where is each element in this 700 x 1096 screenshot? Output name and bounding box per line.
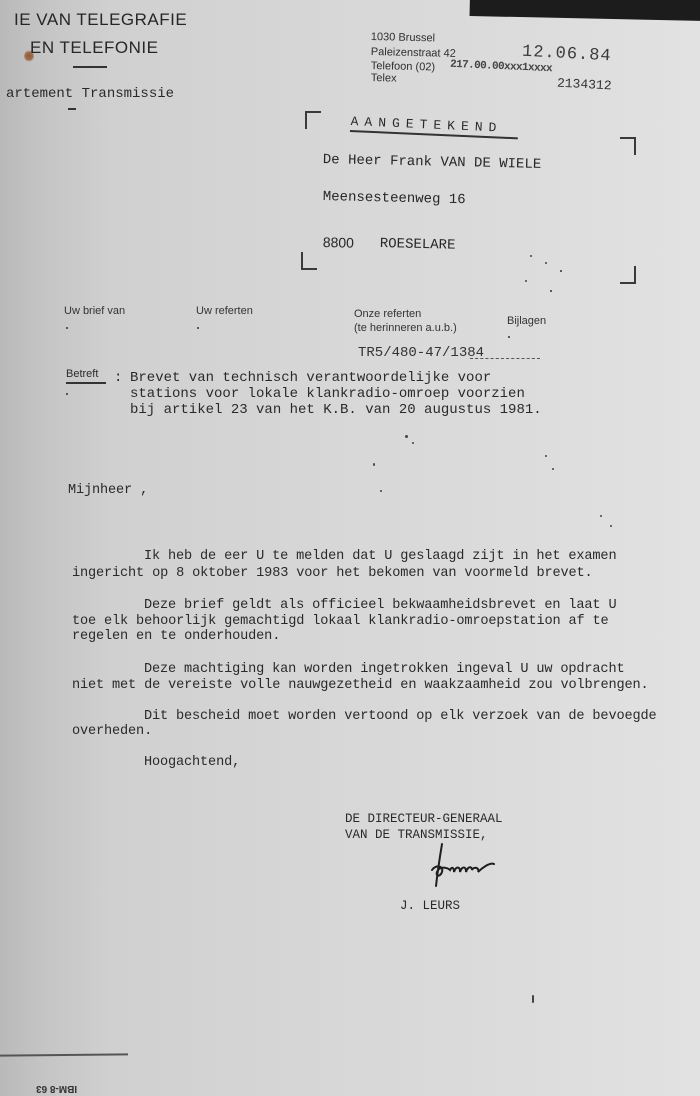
closing: Hoogachtend, (144, 755, 240, 770)
telex-number: 2134312 (557, 76, 612, 94)
photocopy-speck (412, 442, 414, 444)
address-telex-label: Telex (371, 72, 397, 85)
photocopy-speck (610, 525, 612, 527)
handwritten-signature-icon (428, 840, 508, 890)
photocopy-speck (560, 270, 562, 272)
org-underline (73, 66, 107, 68)
paragraph-line: overheden. (72, 724, 152, 739)
paragraph-line: niet met de vereiste volle nauwgezetheid… (72, 678, 649, 693)
footer-rule (0, 1053, 128, 1056)
our-reference-value: TR5/480-47/1384 (358, 345, 484, 361)
window-corner-bottom-left (301, 252, 317, 270)
letter-page: IE VAN TELEGRAFIE EN TELEFONIE artement … (0, 0, 700, 1096)
photocopy-speck (550, 290, 552, 292)
window-corner-top-right (620, 137, 636, 155)
recipient-street: Meensesteenweg 16 (323, 189, 466, 208)
photocopy-speck (532, 995, 534, 1003)
org-name-line1: IE VAN TELEGRAFIE (14, 10, 187, 30)
subject-label: Betreft (66, 368, 98, 380)
salutation: Mijnheer , (68, 483, 148, 498)
your-letter-label: Uw brief van (64, 305, 125, 317)
recipient-postcode: 8800 (323, 234, 355, 251)
paragraph-line: Ik heb de eer U te melden dat U geslaagd… (144, 549, 616, 564)
paragraph-line: regelen en te onderhouden. (72, 629, 280, 644)
recipient-city: ROESELARE (380, 236, 456, 254)
photocopy-speck (545, 262, 547, 264)
photocopy-speck (380, 490, 382, 492)
photocopy-speck (373, 463, 375, 466)
subject-line: bij artikel 23 van het K.B. van 20 augus… (130, 402, 542, 418)
reference-dash-line (470, 358, 540, 359)
paragraph-line: Dit bescheid moet worden vertoond op elk… (144, 709, 657, 724)
paragraph-line: Deze brief geldt als officieel bekwaamhe… (144, 598, 616, 613)
paragraph-line: ingericht op 8 oktober 1983 voor het bek… (72, 566, 593, 581)
photocopy-speck (600, 515, 602, 517)
field-dot (508, 336, 510, 338)
photo-shadow-edge (470, 0, 700, 21)
our-ref-sublabel: (te herinneren a.u.b.) (354, 322, 457, 334)
photocopy-speck (545, 455, 547, 457)
our-ref-label: Onze referten (354, 308, 421, 320)
window-corner-bottom-right (620, 266, 636, 284)
photocopy-speck (405, 435, 408, 438)
field-dot (197, 327, 199, 329)
field-dot (66, 327, 68, 329)
signatory-title-line1: DE DIRECTEUR-GENERAAL (345, 812, 503, 826)
subject-line: Brevet van technisch verantwoordelijke v… (130, 370, 491, 386)
subject-colon: : (114, 370, 122, 386)
subject-underline (66, 382, 106, 384)
form-code: IBM-8 63 (36, 1083, 77, 1094)
recipient-name: De Heer Frank VAN DE WIELE (323, 152, 542, 173)
address-street: Paleizenstraat 42 (371, 46, 456, 60)
department-mark (68, 108, 76, 110)
photocopy-speck (525, 280, 527, 282)
subject-line: stations voor lokale klankradio-omroep v… (130, 386, 525, 402)
signatory-name: J. LEURS (400, 899, 460, 913)
org-name-line2: EN TELEFONIE (30, 38, 159, 58)
paragraph-line: toe elk behoorlijk gemachtigd lokaal kla… (72, 614, 609, 629)
department-name: artement Transmissie (6, 86, 174, 102)
attachments-label: Bijlagen (507, 315, 546, 327)
field-dot (66, 393, 68, 395)
window-corner-top-left (305, 111, 321, 129)
your-ref-label: Uw referten (196, 305, 253, 317)
photocopy-speck (552, 468, 554, 470)
address-city: 1030 Brussel (371, 31, 435, 44)
photocopy-speck (530, 255, 532, 257)
paragraph-line: Deze machtiging kan worden ingetrokken i… (144, 662, 624, 677)
